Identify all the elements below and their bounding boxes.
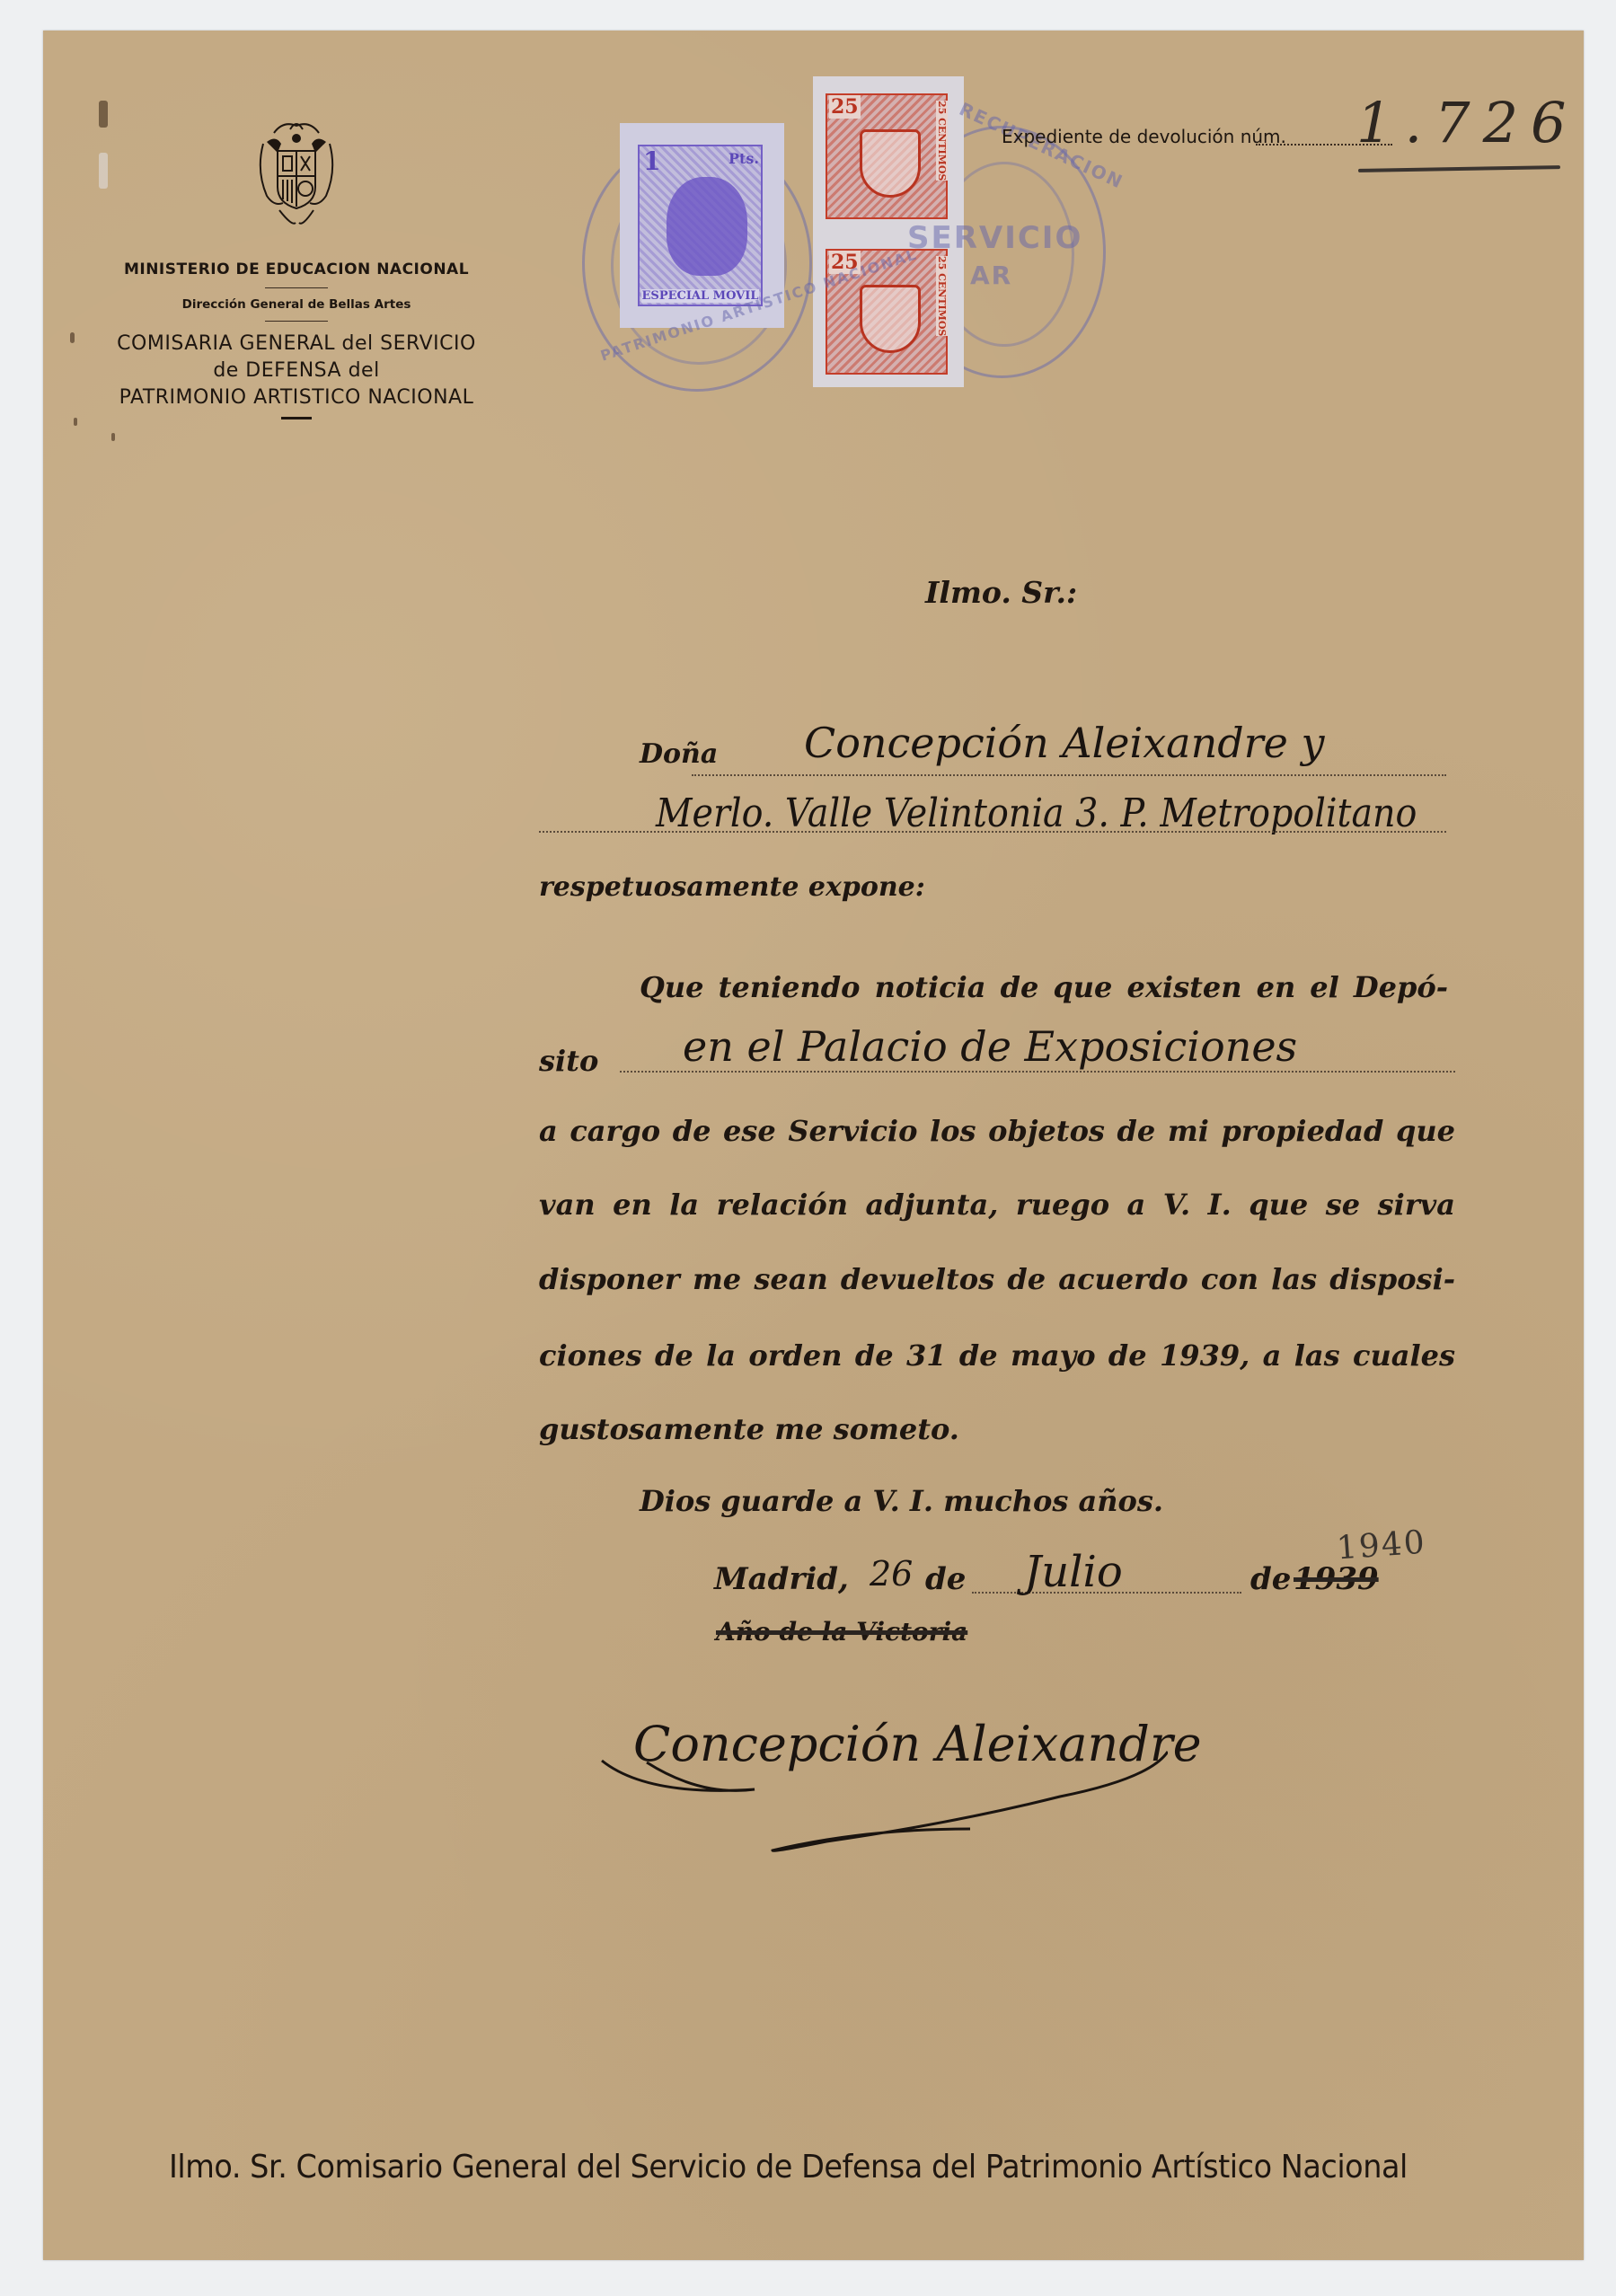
- date-year-handwritten: 1940: [1336, 1524, 1427, 1567]
- paper-damage-mark: [70, 332, 75, 343]
- expediente-number: 1.726: [1356, 90, 1579, 155]
- stamp-side-text: 25 CENTIMOS: [936, 256, 948, 336]
- body-line-2-prefix: sito: [539, 1044, 598, 1078]
- deposit-dotted-line: [620, 1071, 1455, 1073]
- postmark-text-mid: SERVICIO: [907, 220, 1082, 256]
- body-line-6: ciones de la orden de 31 de mayo de 1939…: [539, 1338, 1455, 1373]
- revenue-stamp-25-centimos-top: 25 25 CENTIMOS: [813, 76, 964, 232]
- era-struck: Año de la Victoria: [716, 1617, 967, 1647]
- postmark-text-mid2: AR: [970, 261, 1012, 290]
- date-day: 26: [870, 1554, 913, 1594]
- deposit-location: en el Palacio de Exposiciones: [683, 1022, 1297, 1071]
- applicant-address-dotted-line: [539, 831, 1446, 833]
- paper-damage-mark: [74, 418, 77, 426]
- applicant-name-dotted-line: [692, 774, 1446, 776]
- date-city: Madrid,: [714, 1561, 849, 1597]
- date-de-2: de: [1250, 1561, 1291, 1597]
- body-line-5: disponer me sean devueltos de acuerdo co…: [539, 1262, 1455, 1296]
- shield-emblem-icon: [860, 285, 921, 353]
- footer-addressee: Ilmo. Sr. Comisario General del Servicio…: [169, 2149, 1408, 2186]
- divider: [265, 287, 328, 288]
- paper-damage-mark: [99, 101, 108, 128]
- coat-of-arms-icon: [256, 117, 337, 232]
- letterhead: MINISTERIO DE EDUCACION NACIONAL Direcci…: [117, 90, 476, 419]
- expediente-label: Expediente de devolución núm.: [1002, 126, 1286, 147]
- commission-line-3: PATRIMONIO ARTISTICO NACIONAL: [117, 384, 476, 411]
- body-line-7: gustosamente me someto.: [539, 1412, 1455, 1446]
- divider: [265, 321, 328, 322]
- stamp-value: 25: [829, 95, 861, 119]
- applicant-address: Merlo. Valle Velintonia 3. P. Metropolit…: [656, 790, 1417, 836]
- divider: [281, 417, 312, 419]
- applicant-name: Concepción Aleixandre y: [804, 719, 1325, 767]
- commission-line-2: de DEFENSA del: [117, 358, 476, 384]
- stamp-value: 1: [643, 146, 660, 176]
- shield-emblem-icon: [860, 129, 921, 198]
- body-line-3: a cargo de ese Servicio los objetos de m…: [539, 1114, 1455, 1148]
- body-line-4: van en la relación adjunta, ruego a V. I…: [539, 1188, 1455, 1222]
- date-de-1: de: [925, 1561, 966, 1597]
- stamp-side-text: 25 CENTIMOS: [936, 101, 948, 181]
- eagle-emblem-icon: [667, 177, 747, 276]
- paper-damage-mark: [99, 153, 108, 189]
- commission-line-1: COMISARIA GENERAL del SERVICIO: [117, 331, 476, 358]
- paper-damage-mark: [111, 433, 115, 441]
- body-line-1: Que teniendo noticia de que existen en e…: [640, 970, 1448, 1004]
- closing-text: Dios guarde a V. I. muchos años.: [640, 1484, 1163, 1518]
- stamp-unit: Pts.: [729, 150, 759, 167]
- date-month: Julio: [1024, 1547, 1123, 1597]
- signature-flourish: [593, 1743, 1168, 1868]
- expone-text: respetuosamente expone:: [539, 871, 925, 903]
- ministry-name: MINISTERIO DE EDUCACION NACIONAL: [117, 261, 476, 278]
- applicant-prefix: Doña: [640, 738, 718, 770]
- date-year-printed-struck: 1939: [1294, 1561, 1379, 1597]
- direction-name: Dirección General de Bellas Artes: [117, 297, 476, 312]
- salutation: Ilmo. Sr.:: [925, 575, 1077, 610]
